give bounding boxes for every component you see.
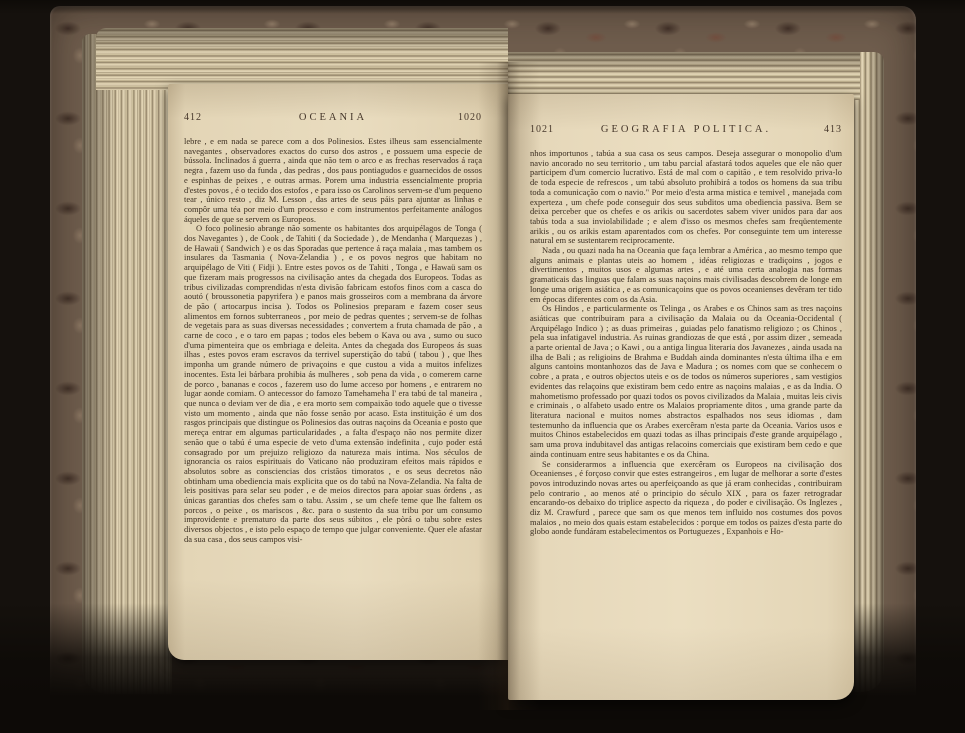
left-running-title: OCEANIA <box>218 112 448 123</box>
left-page-content: 412 OCEANIA 1020 lebre , e em nada se pa… <box>168 84 508 637</box>
left-page-header: 412 OCEANIA 1020 <box>184 112 482 123</box>
right-page: 1021 GEOGRAFIA POLITICA. 413 nhos import… <box>508 94 854 700</box>
paragraph-continuation: nhos importunos , tabúa a sua casa os se… <box>530 149 842 246</box>
page-edges-left-stack <box>82 34 172 694</box>
right-page-number: 413 <box>808 124 842 135</box>
paragraph: O foco polinesio abrange não somente os … <box>184 224 482 544</box>
right-page-header: 1021 GEOGRAFIA POLITICA. 413 <box>530 124 842 135</box>
right-column-number: 1021 <box>530 124 564 135</box>
right-running-title: GEOGRAFIA POLITICA. <box>564 124 808 135</box>
page-edges-top-right-stack <box>508 52 860 100</box>
left-column-number: 1020 <box>448 112 482 123</box>
page-edges-top-left-stack <box>96 28 508 90</box>
paragraph: Se considerarmos a influencia que exercê… <box>530 460 842 538</box>
right-page-text: nhos importunos , tabúa a sua casa os se… <box>530 149 842 669</box>
paragraph: Os Hindos , e particularmente os Telinga… <box>530 304 842 459</box>
left-page-text: lebre , e em nada se parece com a dos Po… <box>184 137 482 637</box>
right-page-content: 1021 GEOGRAFIA POLITICA. 413 nhos import… <box>508 94 854 669</box>
paragraph: Nada , ou quazi nada ha na Oceania que f… <box>530 246 842 304</box>
left-page: 412 OCEANIA 1020 lebre , e em nada se pa… <box>168 84 508 660</box>
open-book-scan: 412 OCEANIA 1020 lebre , e em nada se pa… <box>0 0 965 733</box>
left-page-number: 412 <box>184 112 218 123</box>
paragraph-continuation: lebre , e em nada se parece com a dos Po… <box>184 137 482 224</box>
